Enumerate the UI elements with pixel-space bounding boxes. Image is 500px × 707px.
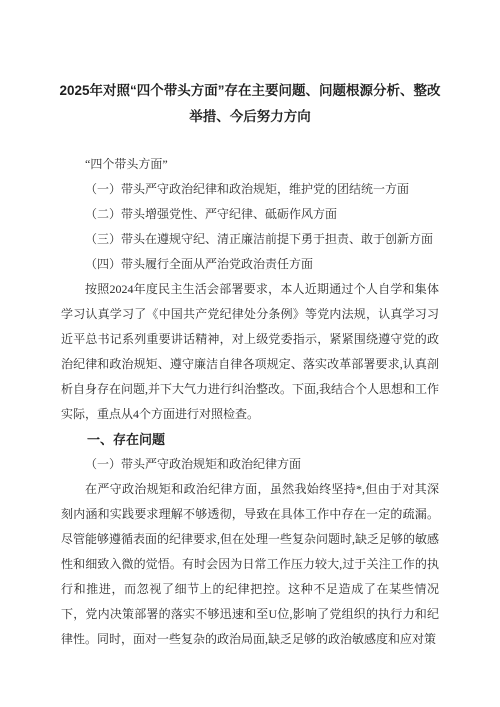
document-page: 2025年对照“四个带头方面”存在主要问题、问题根源分析、整改举措、今后努力方向… [0,0,500,707]
aspect-item-1: （一）带头严守政治纪律和政治规矩，维护党的团结统一方面 [61,177,439,202]
section-heading-problems: 一、存在问题 [61,427,439,452]
subsection-heading-discipline: （一）带头严守政治规矩和政治纪律方面 [61,452,439,477]
aspect-item-2: （二）带头增强党性、严守纪律、砥砺作风方面 [61,202,439,227]
aspect-item-4: （四）带头履行全面从严治党政治责任方面 [61,252,439,277]
document-title: 2025年对照“四个带头方面”存在主要问题、问题根源分析、整改举措、今后努力方向 [59,78,441,130]
aspect-item-3: （三）带头在遵规守纪、清正廉洁前提下勇于担责、敢于创新方面 [61,227,439,252]
body-paragraph-discipline: 在严守政治规矩和政治纪律方面，虽然我始终坚持*,但由于对其深刻内涵和实践要求理解… [61,477,439,652]
four-aspects-quote: “四个带头方面” [61,152,439,177]
intro-paragraph: 按照2024年度民主生活会部署要求，本人近期通过个人自学和集体学习认真学习了《中… [61,277,439,427]
